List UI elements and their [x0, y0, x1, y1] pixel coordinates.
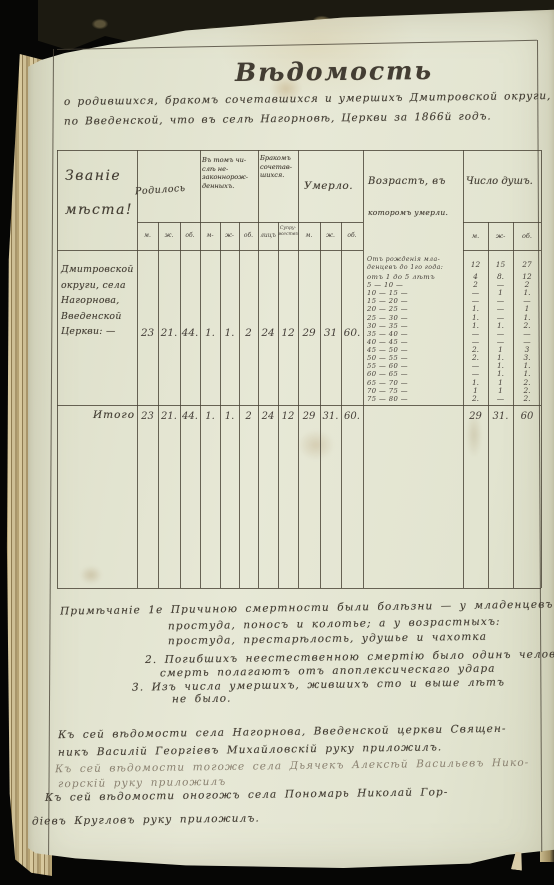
total-cell: 21. — [158, 408, 180, 426]
value-cell: 60. — [341, 324, 363, 342]
age-range-label: 5 — 10 — — [367, 281, 465, 289]
souls-total-cell: 60 — [513, 408, 541, 426]
subheader-cell: ж. — [158, 226, 180, 246]
souls-total-cell: 31. — [488, 408, 513, 426]
subheader-cell: м. — [298, 226, 320, 246]
age-row: 10 — 15 ——11. — [363, 289, 541, 297]
grid-line-vertical — [298, 150, 299, 588]
total-cell: 29 — [298, 408, 320, 426]
age-range-label: 35 — 40 — — [367, 330, 465, 338]
souls-total-cell: 29 — [463, 408, 488, 426]
value-cell: 29 — [298, 324, 320, 342]
subheader-cell: Супру- жествъ — [278, 226, 298, 237]
signature-line: горскій руку приложилъ — [58, 776, 226, 790]
subheader-cell: об. — [341, 226, 363, 246]
total-cell: 44. — [180, 408, 200, 426]
grid-line-vertical — [258, 150, 259, 588]
value-cell: 21. — [158, 324, 180, 342]
grid-line-horizontal — [463, 222, 541, 223]
subheader-cell: об. — [513, 226, 541, 246]
age-value-both: 27 — [513, 256, 541, 273]
column-header-married: Бракомъ сочетав- шихся. — [260, 154, 306, 180]
total-cell: 24 — [258, 408, 278, 426]
total-cell: 1. — [220, 408, 239, 426]
age-range-label: 60 — 65 — — [367, 370, 465, 378]
grid-line-horizontal — [57, 250, 363, 251]
total-cell: 60. — [341, 408, 363, 426]
age-row: Отъ рожденія мла- денцевъ до 1го года:12… — [363, 256, 541, 273]
subheader-cell: об. — [239, 226, 258, 246]
age-range-label: 40 — 45 — — [367, 338, 465, 346]
column-header-place-line2: мѣста! — [65, 202, 133, 218]
age-row: 75 — 80 —2.—2. — [363, 395, 541, 403]
age-value-female: 15 — [488, 256, 513, 273]
note-line: не было. — [172, 693, 232, 706]
age-row: 55 — 60 ——1.1. — [363, 362, 541, 370]
age-row: 35 — 40 ———— — [363, 330, 541, 338]
scanned-book-page: Вѣдомость о родившихся, бракомъ сочетавш… — [0, 0, 554, 885]
subheader-cell: об. — [180, 226, 200, 246]
grid-line-horizontal — [57, 150, 541, 151]
grid-line-horizontal — [57, 405, 541, 406]
age-value-female: — — [488, 395, 513, 403]
age-row: отъ 1 до 5 лѣтъ48.12 — [363, 273, 541, 281]
column-header-born: Родилось — [135, 182, 204, 198]
grid-line-horizontal — [463, 250, 541, 251]
age-range-label: 15 — 20 — — [367, 297, 465, 305]
age-row: 50 — 55 —2.1.3. — [363, 354, 541, 362]
document-title: Вѣдомость — [235, 56, 433, 87]
age-value-male: 2. — [463, 395, 488, 403]
value-cell: 31 — [320, 324, 341, 342]
grid-line-vertical — [200, 150, 201, 588]
age-range-label: 65 — 70 — — [367, 379, 465, 387]
row-place-name: Дмитровской округи, села Нагорнова, Введ… — [61, 262, 139, 340]
age-row: 65 — 70 —1.12. — [363, 379, 541, 387]
age-row: 5 — 10 —2—2 — [363, 281, 541, 289]
column-header-illegitimate: Въ томъ чи- слѣ не- законнорож- денныхъ. — [202, 156, 260, 190]
column-header-age-line1: Возрастъ, въ — [368, 176, 462, 187]
grid-line-horizontal — [137, 222, 363, 223]
total-cell: 2 — [239, 408, 258, 426]
age-row: 25 — 30 —1.—1. — [363, 314, 541, 322]
total-cell: 23 — [137, 408, 158, 426]
total-row-label: Итого — [93, 409, 135, 421]
age-row: 40 — 45 ———— — [363, 338, 541, 346]
age-range-label: 55 — 60 — — [367, 362, 465, 370]
value-cell: 23 — [137, 324, 158, 342]
age-range-label: 50 — 55 — — [367, 354, 465, 362]
grid-line-vertical — [57, 150, 58, 588]
column-header-age-line2: которомъ умерли. — [368, 208, 462, 217]
age-range-label: 20 — 25 — — [367, 305, 465, 313]
subheader-cell: ж. — [320, 226, 341, 246]
age-range-label: 45 — 50 — — [367, 346, 465, 354]
age-range-label: 10 — 15 — — [367, 289, 465, 297]
value-cell: 24 — [258, 324, 278, 342]
subheader-cell: м- — [200, 226, 220, 246]
age-row: 20 — 25 —1.—1 — [363, 305, 541, 313]
age-row: 30 — 35 —1.1.2. — [363, 322, 541, 330]
value-cell: 44. — [180, 324, 200, 342]
age-row: 15 — 20 ———— — [363, 297, 541, 305]
age-range-label: 30 — 35 — — [367, 322, 465, 330]
subheader-cell: ж- — [488, 226, 513, 246]
age-range-label: отъ 1 до 5 лѣтъ — [367, 273, 465, 281]
bookmark-tassel — [511, 851, 524, 870]
subheader-cell: лицъ — [258, 226, 278, 246]
total-cell: 31. — [320, 408, 341, 426]
grid-line-vertical — [137, 150, 138, 588]
value-cell: 1. — [220, 324, 239, 342]
grid-line-vertical — [541, 150, 542, 588]
value-cell: 12 — [278, 324, 298, 342]
column-header-souls: Число душъ. — [466, 176, 542, 187]
age-range-label: 75 — 80 — — [367, 395, 465, 403]
subheader-cell: м. — [463, 226, 488, 246]
age-row: 45 — 50 —2.13 — [363, 346, 541, 354]
total-cell: 1. — [200, 408, 220, 426]
age-range-label: 70 — 75 — — [367, 387, 465, 395]
subheader-cell: ж- — [220, 226, 239, 246]
age-range-label: 25 — 30 — — [367, 314, 465, 322]
column-header-died: Умерло. — [304, 180, 362, 192]
total-cell: 12 — [278, 408, 298, 426]
column-header-place-line1: Званіе — [65, 168, 121, 184]
age-value-both: 2. — [513, 395, 541, 403]
value-cell: 1. — [200, 324, 220, 342]
grid-line-horizontal — [57, 588, 541, 589]
subheader-cell: м. — [137, 226, 158, 246]
age-range-label: Отъ рожденія мла- денцевъ до 1го года: — [367, 256, 465, 272]
value-cell: 2 — [239, 324, 258, 342]
age-row: 70 — 75 —112. — [363, 387, 541, 395]
age-row: 60 — 65 ——1.1. — [363, 370, 541, 378]
statistics-table: Званіе мѣста! Родилось Въ томъ чи- слѣ н… — [57, 150, 541, 588]
age-value-male: 12 — [463, 256, 488, 273]
